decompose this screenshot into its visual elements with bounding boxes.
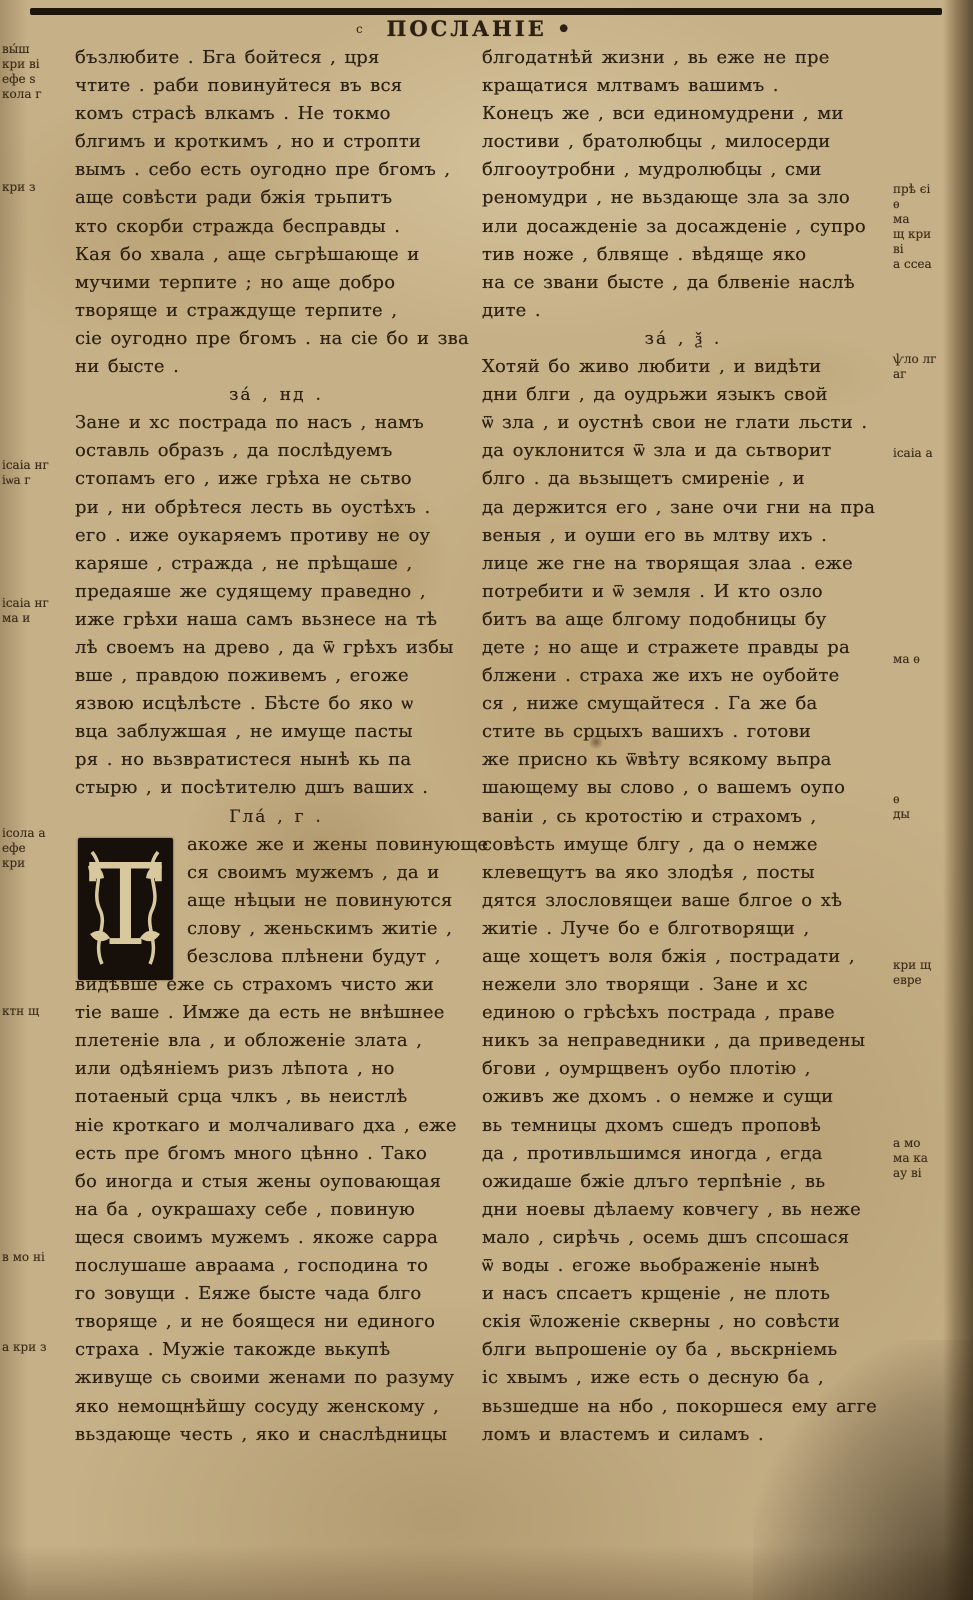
margin-note: прѣ єіѳмащ кривіа ссеа: [893, 182, 932, 272]
text-line: каряше , стражда , не прѣщаше ,: [75, 550, 477, 578]
text-line: совѣсть имуще блгу , да о немже: [482, 831, 884, 859]
section-heading: за́ , нд .: [75, 381, 477, 409]
text-line: ни бысте .: [75, 353, 477, 381]
text-line: вца заблужшая , не имуще пасты: [75, 718, 477, 746]
ink-blot: [588, 735, 604, 749]
text-line: ся , ниже смущайтеся . Га же ба: [482, 690, 884, 718]
margin-note: вы́шкри віефе ѕкола г: [2, 42, 42, 102]
text-line: ѿ зла , и оустнѣ свои не глати льсти .: [482, 409, 884, 437]
text-line: да держится его , зане очи гни на пра: [482, 494, 884, 522]
text-line: вь темницы дхомъ сшедъ проповѣ: [482, 1112, 884, 1140]
margin-note: ктн щ: [2, 1004, 39, 1019]
text-line: или одѣяніемъ ризъ лѣпота , но: [75, 1055, 477, 1083]
text-line: плетеніе вла , и обложеніе злата ,: [75, 1027, 477, 1055]
text-line: блгооутробни , мудролюбцы , сми: [482, 156, 884, 184]
right-text-column: блгодатнѣй жизни , вь еже не прекращатис…: [482, 44, 884, 1449]
text-line: лѣ своемъ на древо , да ѿ грѣхъ избы: [75, 634, 477, 662]
margin-note: кри з: [2, 180, 36, 195]
text-line: послушаше авраама , господина то: [75, 1252, 477, 1280]
text-line: реномудри , не вьздающе зла за зло: [482, 184, 884, 212]
text-line: ѿ воды . егоже вьображеніе нынѣ: [482, 1252, 884, 1280]
text-line: лостиви , братолюбцы , милосерди: [482, 128, 884, 156]
text-line: бо иногда и стыя жены оуповающая: [75, 1168, 477, 1196]
text-line: есть пре бгомъ много цѣнно . Тако: [75, 1140, 477, 1168]
text-line: на ба , оукрашаху себе , повиную: [75, 1196, 477, 1224]
text-line: на се звани бысте , да блвеніе наслѣ: [482, 269, 884, 297]
text-line: тив ноже , блвяще . вѣдяще яко: [482, 241, 884, 269]
text-line: стырю , и посѣтителю дшъ ваших .: [75, 774, 477, 802]
initial-letter-T: Т: [78, 838, 173, 980]
text-line: живуще сь своими женами по разуму: [75, 1364, 477, 1392]
text-line: бъзлюбите . Бга бойтеся , цря: [75, 44, 477, 72]
text-line: предаяше же судящему праведно ,: [75, 578, 477, 606]
left-margin-notes: вы́шкри віефе ѕкола гкри зісаіа нгіѡа гі…: [2, 0, 70, 1600]
text-line: ожидаше бжіе длъго терпѣніе , вь: [482, 1168, 884, 1196]
initial-letter-glyph: Т: [88, 841, 163, 971]
text-line: дни блги , да оудрьжи языкъ свой: [482, 381, 884, 409]
text-line: скія ѿложеніе скверны , но совѣсти: [482, 1308, 884, 1336]
margin-note: ісола аефекри: [2, 826, 46, 871]
text-line: кто скорби стражда бесправды .: [75, 213, 477, 241]
page-title: ПОСЛАНІЕ •: [387, 16, 574, 41]
text-line: блгодатнѣй жизни , вь еже не пре: [482, 44, 884, 72]
text-line: ри , ни обрѣтеся лесть вь оустѣхъ .: [75, 494, 477, 522]
text-line: Кая бо хвала , аще сьгрѣшающе и: [75, 241, 477, 269]
margin-note: ісаіа нгма и: [2, 596, 49, 626]
text-line: же присно кь ѿвѣту всякому вьпра: [482, 746, 884, 774]
text-line: стопамъ его , иже грѣха не сьтво: [75, 465, 477, 493]
text-line: мучими терпите ; но аще добро: [75, 269, 477, 297]
text-line: иже грѣхи наша самъ вьзнесе на тѣ: [75, 606, 477, 634]
text-line: вьздающе честь , яко и снаслѣдницы: [75, 1421, 477, 1449]
text-line: вымъ . себо есть оугодно пре бгомъ ,: [75, 156, 477, 184]
text-line: творяще и страждуще терпите ,: [75, 297, 477, 325]
margin-note: ісаіа а: [893, 446, 933, 461]
text-line: шающему вы слово , о вашемъ оупо: [482, 774, 884, 802]
text-line: щеся своимъ мужемъ . якоже сарра: [75, 1224, 477, 1252]
margin-note: ісаіа нгіѡа г: [2, 458, 49, 488]
margin-note: ѳды: [893, 792, 910, 822]
text-line: оставль образъ , да послѣдуемъ: [75, 437, 477, 465]
margin-note: а мома каау ві: [893, 1136, 928, 1181]
text-line: да , противльшимся иногда , егда: [482, 1140, 884, 1168]
text-line: никъ за неправедники , да приведены: [482, 1027, 884, 1055]
text-line: тіе ваше . Имже да есть не внѣшнее: [75, 999, 477, 1027]
page-corner-shadow: [753, 1340, 973, 1600]
header-mark: с: [356, 22, 363, 36]
text-line: его . иже оукаряемъ противу не оу: [75, 522, 477, 550]
text-line: стите вь срцыхъ вашихъ . готови: [482, 718, 884, 746]
margin-note: а кри з: [2, 1340, 47, 1355]
text-line: веныя , и оуши его вь млтву ихъ .: [482, 522, 884, 550]
text-line: мало , сирѣчь , осемь дшъ спсошася: [482, 1224, 884, 1252]
text-line: страха . Мужіе такожде вькупѣ: [75, 1336, 477, 1364]
text-line: язвою исцѣлѣсте . Бѣсте бо яко ѡ: [75, 690, 477, 718]
text-line: чтите . раби повинуйтеся въ вся: [75, 72, 477, 100]
left-text-column: бъзлюбите . Бга бойтеся , црячтите . раб…: [75, 44, 477, 1449]
text-line: клевещутъ ва яко злодѣя , посты: [482, 859, 884, 887]
text-line: Хотяй бо живо любити , и видѣти: [482, 353, 884, 381]
text-line: блгимъ и кроткимъ , но и стропти: [75, 128, 477, 156]
text-line: вше , правдою поживемъ , егоже: [75, 662, 477, 690]
text-line: кращатися млтвамъ вашимъ .: [482, 72, 884, 100]
text-line: дите .: [482, 297, 884, 325]
text-line: житіе . Луче бо е блготворящи ,: [482, 915, 884, 943]
margin-note: ѱло лгаг: [893, 352, 936, 382]
text-line: ніе кроткаго и молчаливаго дха , еже: [75, 1112, 477, 1140]
text-line: Зане и хс пострада по насъ , намъ: [75, 409, 477, 437]
text-line: дни ноевы дѣлаему ковчегу , вь неже: [482, 1196, 884, 1224]
text-line: или досажденіе за досажденіе , супро: [482, 213, 884, 241]
section-heading: за́ , ѯ .: [482, 325, 884, 353]
text-line: бгови , оумрщвенъ оубо плотію ,: [482, 1055, 884, 1083]
text-line: потребити и ѿ земля . И кто озло: [482, 578, 884, 606]
margin-note: в мо ні: [2, 1250, 45, 1265]
header-rule: [30, 8, 942, 15]
text-line: да оуклонится ѿ зла и да сьтворит: [482, 437, 884, 465]
margin-note: кри щевре: [893, 958, 931, 988]
text-line: дете ; но аще и стражете правды ра: [482, 634, 884, 662]
text-line: ря . но вьзвратистеся нынѣ кь па: [75, 746, 477, 774]
text-line: комъ страсѣ влкамъ . Не токмо: [75, 100, 477, 128]
text-line: блжени . страха же ихъ не оубойте: [482, 662, 884, 690]
text-line: и насъ спсаетъ крщеніе , не плоть: [482, 1280, 884, 1308]
text-line: аще совѣсти ради бжія трьпитъ: [75, 184, 477, 212]
text-line: дятся злословящеи ваше блгое о хѣ: [482, 887, 884, 915]
text-line: Конецъ же , вси единомудрени , ми: [482, 100, 884, 128]
text-line: го зовущи . Еяже бысте чада блго: [75, 1280, 477, 1308]
text-line: яко немощнѣйшу сосуду женскому ,: [75, 1393, 477, 1421]
text-line: нежели зло творящи . Зане и хс: [482, 971, 884, 999]
text-line: битъ ва аще блгому подобницы бу: [482, 606, 884, 634]
text-line: блго . да вьзыщетъ смиреніе , и: [482, 465, 884, 493]
text-line: оживъ же дхомъ . о немже и сущи: [482, 1083, 884, 1111]
text-line: потаеный срца члкъ , вь неистлѣ: [75, 1083, 477, 1111]
margin-note: ма ѳ: [893, 652, 920, 667]
text-line: творяще , и не боящеся ни единого: [75, 1308, 477, 1336]
text-line: ваніи , сь кротостію и страхомъ ,: [482, 803, 884, 831]
manuscript-page: с ПОСЛАНІЕ • бъзлюбите . Бга бойтеся , ц…: [0, 0, 973, 1600]
text-line: лице же гне на творящая злаа . еже: [482, 550, 884, 578]
section-heading: Гла́ , г .: [75, 803, 477, 831]
text-line: единою о грѣсѣхъ пострада , праве: [482, 999, 884, 1027]
text-line: сіе оугодно пре бгомъ . на сіе бо и зва: [75, 325, 477, 353]
text-line: аще хощетъ воля бжія , пострадати ,: [482, 943, 884, 971]
